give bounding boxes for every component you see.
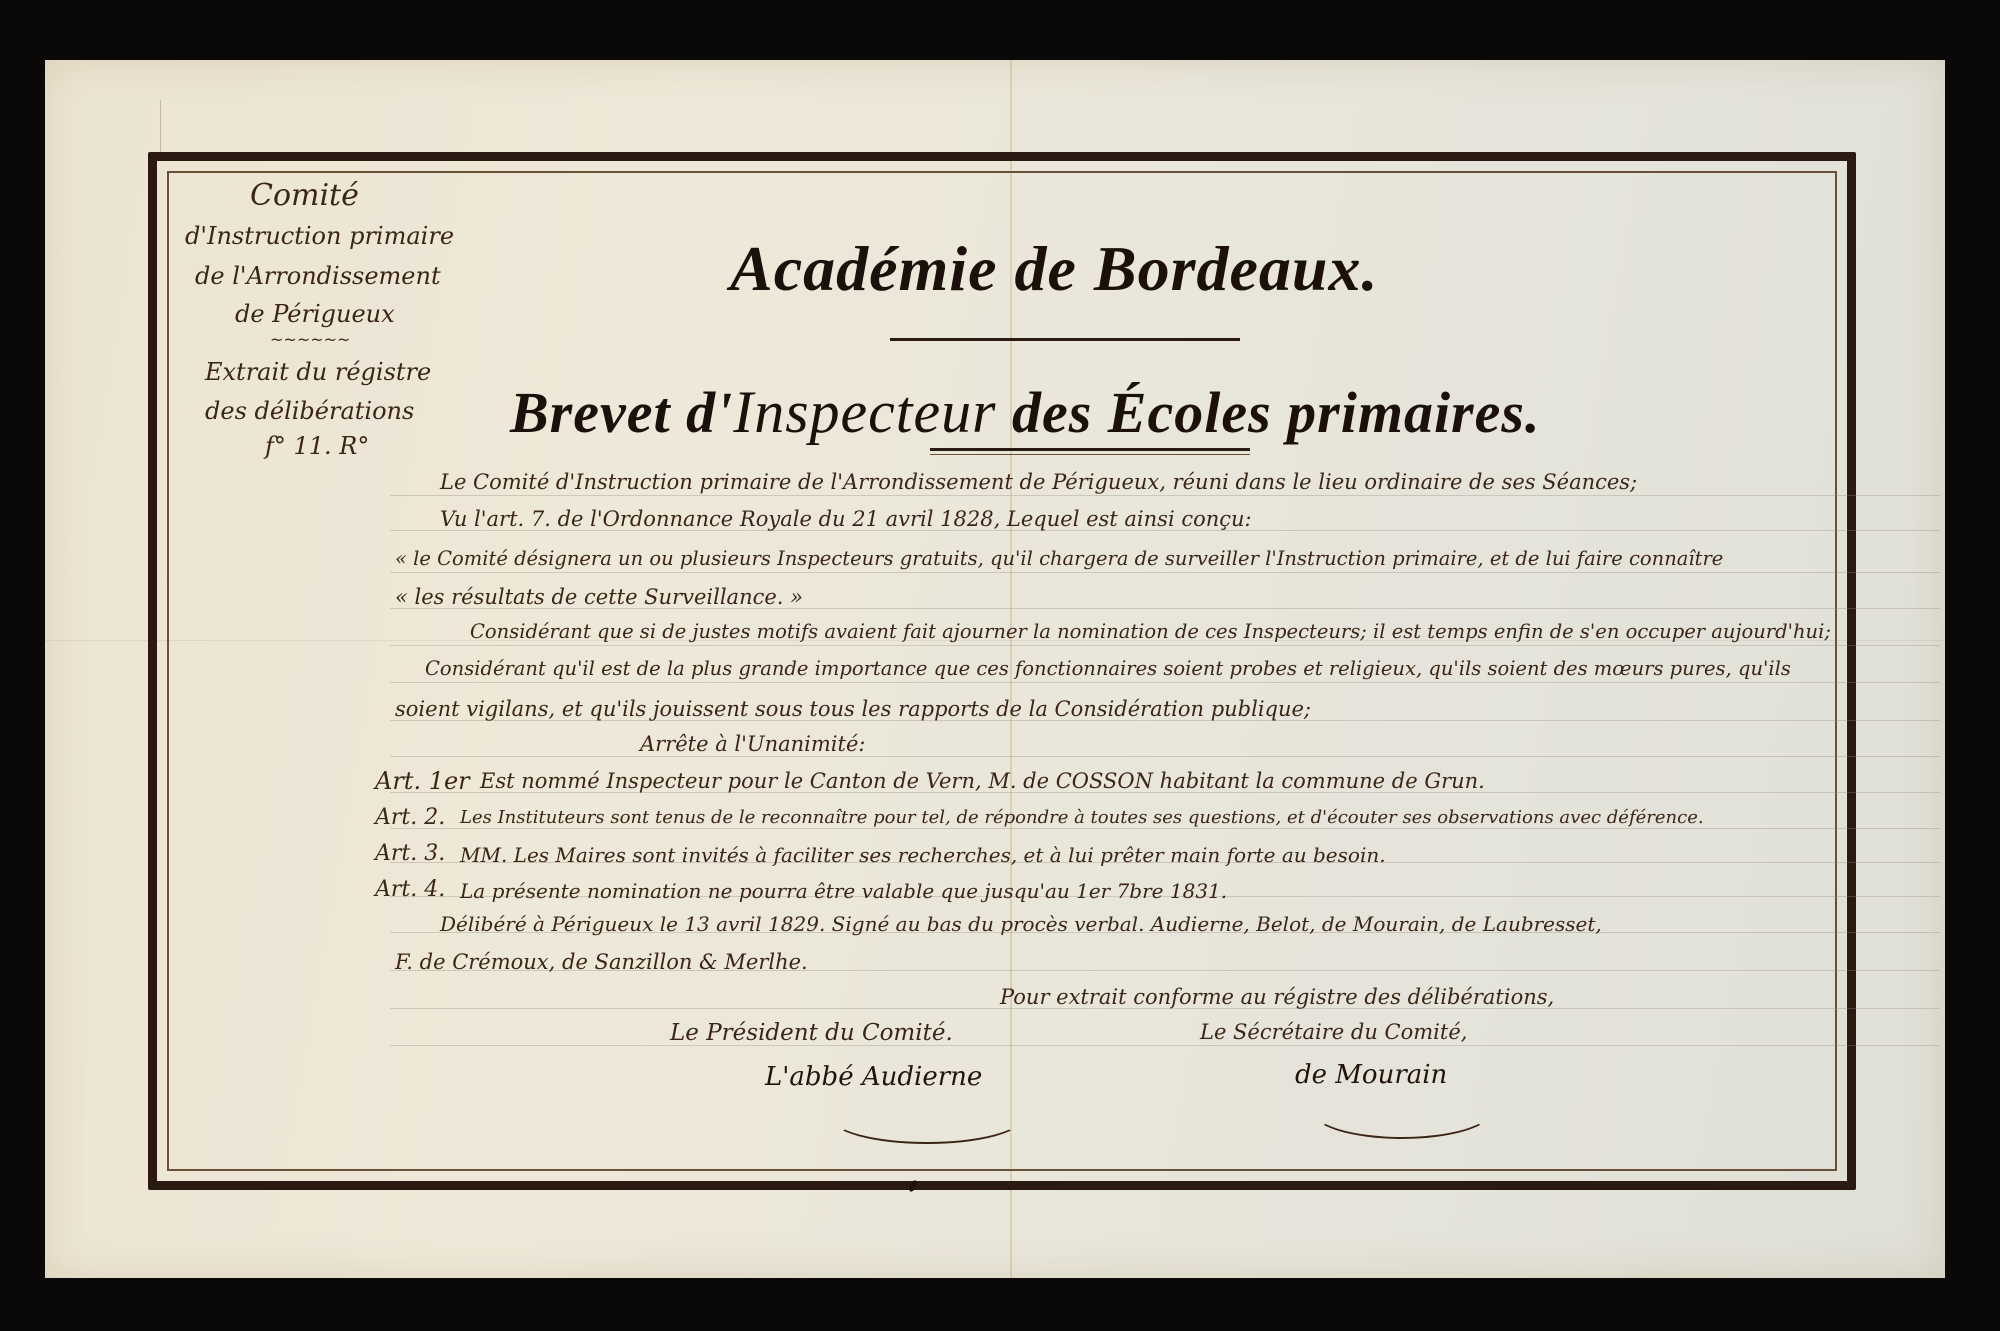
inspecteur-underline [930,448,1250,451]
body-line: Considérant que si de justes motifs avai… [470,620,1831,643]
title-underline [890,338,1240,341]
article-text: Est nommé Inspecteur pour le Canton de V… [480,769,1485,793]
article-label: Art. 1er [375,767,470,795]
marginal-line: Extrait du régistre [205,358,431,386]
ruled-line [390,756,1940,757]
marginal-separator: ~~~~~~ [270,330,350,349]
ruled-line [390,495,1940,496]
body-line: Le Comité d'Instruction primaire de l'Ar… [440,470,1637,494]
inspecteur-underline-thin [930,454,1250,455]
article-label: Art. 3. [375,841,445,866]
conformity-statement: Pour extrait conforme au régistre des dé… [1000,985,1554,1009]
ruled-line [390,682,1940,683]
marginal-line: f° 11. R° [265,432,369,460]
article-label: Art. 2. [375,805,445,830]
body-line: soient vigilans, et qu'ils jouissent sou… [395,697,1311,721]
signature-flourish [1310,1080,1494,1139]
signature-flourish [830,1090,1024,1144]
ruled-line [390,1045,1940,1046]
academy-title: Académie de Bordeaux. [730,232,1378,306]
resolution-heading: Arrête à l'Unanimité: [640,732,865,756]
marginal-line: de l'Arrondissement [195,262,441,290]
president-title: Le Président du Comité. [670,1020,953,1046]
marginal-line: des délibérations [205,397,414,425]
body-line: Considérant qu'il est de la plus grande … [425,657,1791,680]
marginal-line: d'Instruction primaire [185,222,454,250]
article-text: Les Instituteurs sont tenus de le reconn… [460,807,1704,828]
body-line: « les résultats de cette Surveillance. » [395,585,803,609]
deliberation-line: Délibéré à Périgueux le 13 avril 1829. S… [440,912,1602,936]
marginal-line: Comité [250,178,359,213]
brevet-title-suffix: des Écoles primaires. [996,380,1540,445]
brevet-title-prefix: Brevet d' [510,380,733,445]
article-label: Art. 4. [375,877,445,902]
margin-guide-line [160,100,161,160]
article-text: La présente nomination ne pourra être va… [460,879,1227,903]
ruled-line [390,572,1940,573]
brevet-title-emphasis: Inspecteur [733,379,996,445]
brevet-title: Brevet d'Inspecteur des Écoles primaires… [510,378,1540,447]
marginal-line: de Périgueux [235,300,395,328]
body-line: « le Comité désignera un ou plusieurs In… [395,547,1723,570]
body-line: Vu l'art. 7. de l'Ordonnance Royale du 2… [440,507,1252,531]
president-signature: L'abbé Audierne [765,1062,982,1092]
ruled-line [390,828,1940,829]
ruled-line [390,645,1940,646]
secretary-title: Le Sécrétaire du Comité, [1200,1020,1467,1044]
deliberation-line: F. de Crémoux, de Sanzillon & Merlhe. [395,950,808,974]
article-text: MM. Les Maires sont invités à faciliter … [460,843,1386,867]
